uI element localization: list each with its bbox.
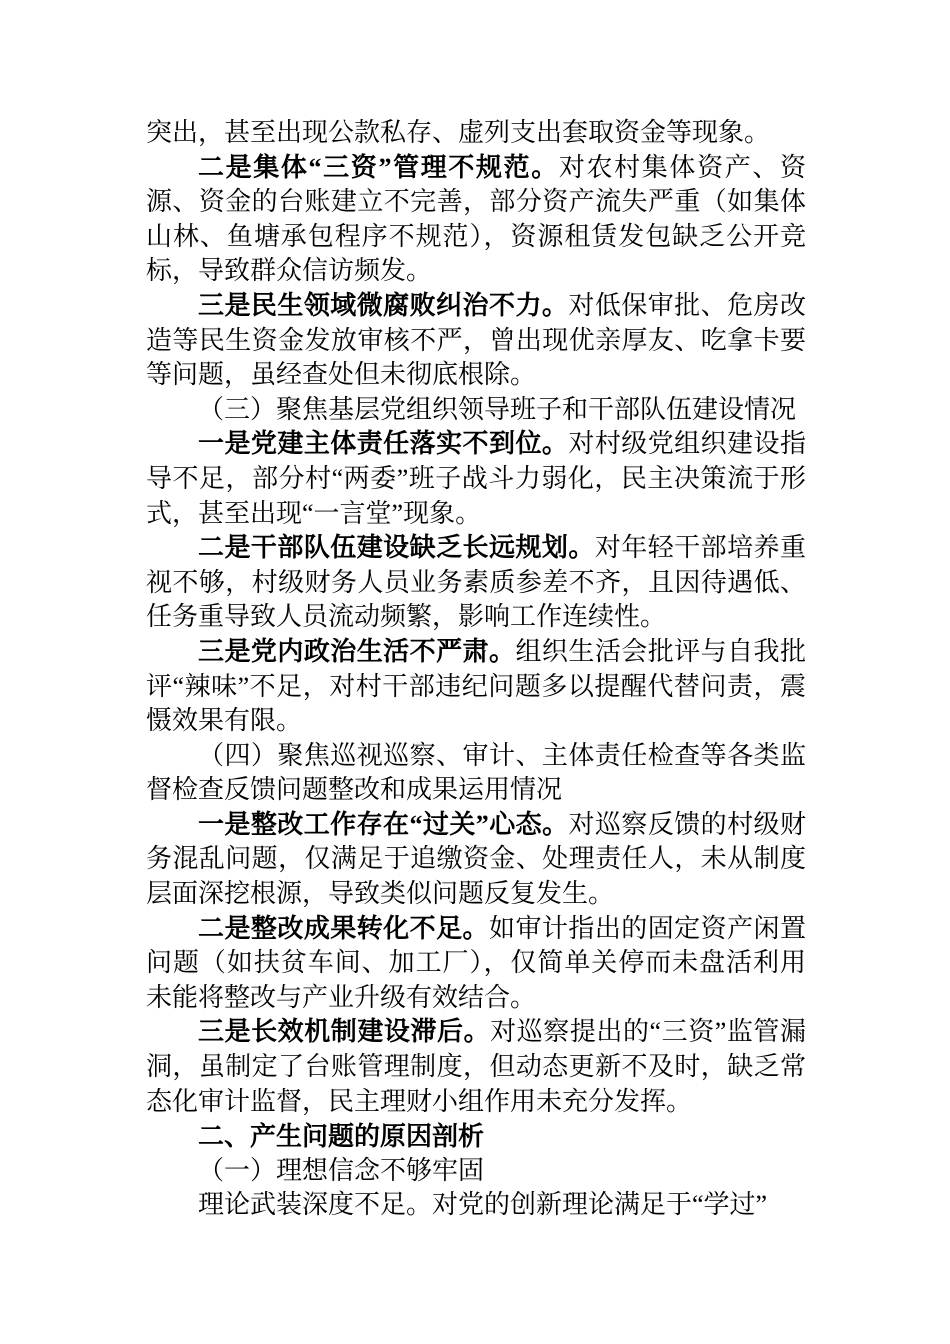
chapter-heading: 二、产生问题的原因剖析 xyxy=(146,1119,806,1154)
paragraph-lead-bold: 二是干部队伍建设缺乏长远规划。 xyxy=(198,533,595,562)
section-heading: （三）聚焦基层党组织领导班子和干部队伍建设情况 xyxy=(146,393,806,428)
section-heading: （四）聚焦巡视巡察、审计、主体责任检查等各类监督检查反馈问题整改和成果运用情况 xyxy=(146,739,806,808)
paragraph-lead-bold: 二是整改成果转化不足。 xyxy=(198,914,489,943)
paragraph-item: 三是长效机制建设滞后。对巡察提出的“三资”监管漏洞，虽制定了台账管理制度，但动态… xyxy=(146,1015,806,1119)
paragraph-item: 二是集体“三资”管理不规范。对农村集体资产、资源、资金的台账建立不完善，部分资产… xyxy=(146,151,806,289)
paragraph-lead-bold: 一是整改工作存在“过关”心态。 xyxy=(198,810,569,839)
paragraph-lead-bold: 二是集体“三资”管理不规范。 xyxy=(198,153,559,182)
paragraph-lead-bold: 三是党内政治生活不严肃。 xyxy=(198,637,515,666)
section-heading: （一）理想信念不够牢固 xyxy=(146,1154,806,1189)
paragraph-lead-bold: 一是党建主体责任落实不到位。 xyxy=(198,429,568,458)
paragraph-item: 三是党内政治生活不严肃。组织生活会批评与自我批评“辣味”不足，对村干部违纪问题多… xyxy=(146,635,806,739)
paragraph-lead-bold: 三是长效机制建设滞后。 xyxy=(198,1017,490,1046)
paragraph-item: 二是干部队伍建设缺乏长远规划。对年轻干部培养重视不够，村级财务人员业务素质参差不… xyxy=(146,531,806,635)
document-text: 突出，甚至出现公款私存、虚列支出套取资金等现象。二是集体“三资”管理不规范。对农… xyxy=(146,116,806,1223)
paragraph-lead-bold: 三是民生领域微腐败纠治不力。 xyxy=(198,291,568,320)
paragraph-item: 一是整改工作存在“过关”心态。对巡察反馈的村级财务混乱问题，仅满足于追缴资金、处… xyxy=(146,808,806,912)
paragraph-item: 一是党建主体责任落实不到位。对村级党组织建设指导不足，部分村“两委”班子战斗力弱… xyxy=(146,427,806,531)
paragraph-item: 三是民生领域微腐败纠治不力。对低保审批、危房改造等民生资金发放审核不严，曾出现优… xyxy=(146,289,806,393)
paragraph-continuation: 突出，甚至出现公款私存、虚列支出套取资金等现象。 xyxy=(146,116,806,151)
document-page: 突出，甚至出现公款私存、虚列支出套取资金等现象。二是集体“三资”管理不规范。对农… xyxy=(0,0,950,1344)
paragraph-item: 二是整改成果转化不足。如审计指出的固定资产闲置问题（如扶贫车间、加工厂），仅简单… xyxy=(146,912,806,1016)
paragraph-body: 理论武装深度不足。对党的创新理论满足于“学过” xyxy=(146,1188,806,1223)
